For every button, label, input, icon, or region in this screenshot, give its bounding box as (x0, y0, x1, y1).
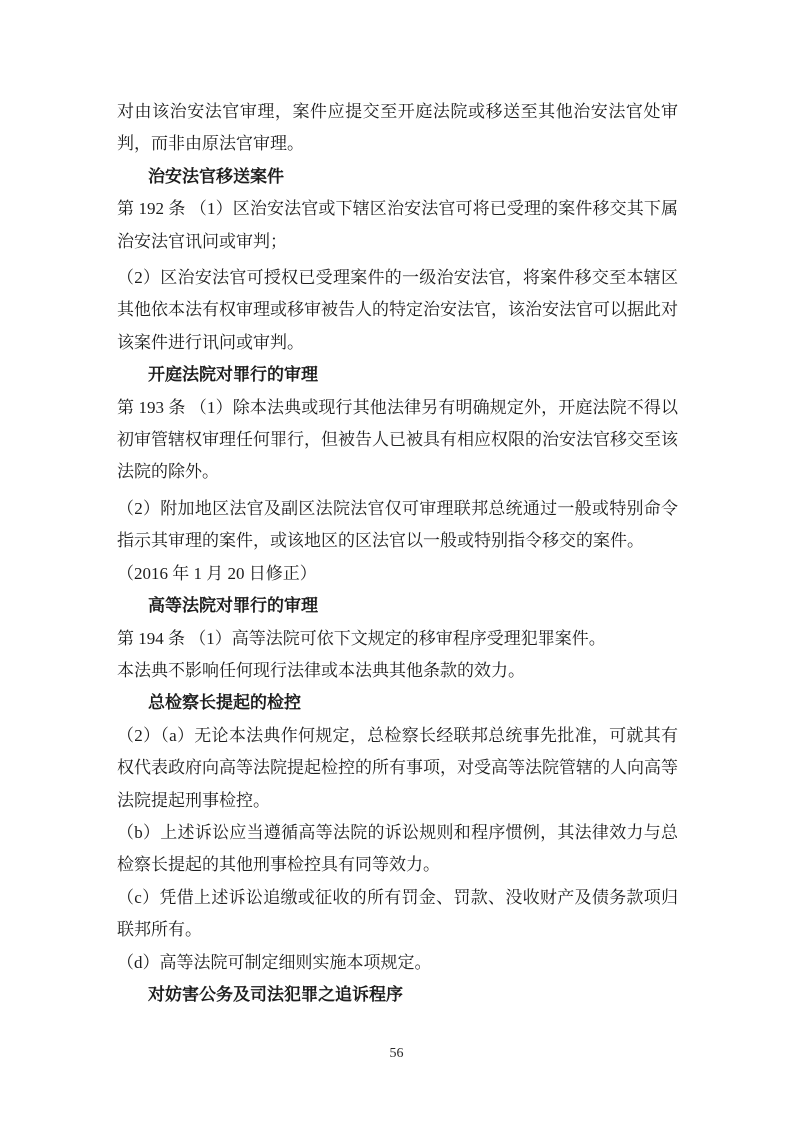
paragraph: （2）附加地区法官及副区法院法官仅可审理联邦总统通过一般或特别命令指示其审理的案… (117, 493, 678, 558)
paragraph: （c）凭借上述诉讼追缴或征收的所有罚金、罚款、没收财产及债务款项归联邦所有。 (117, 882, 678, 947)
paragraph: 第 194 条 （1）高等法院可依下文规定的移审程序受理犯罪案件。 (117, 623, 678, 655)
paragraph: （b）上述诉讼应当遵循高等法院的诉讼规则和程序惯例，其法律效力与总检察长提起的其… (117, 817, 678, 882)
section-heading: 总检察长提起的检控 (117, 687, 678, 719)
section-heading: 高等法院对罪行的审理 (117, 590, 678, 622)
section-heading: 治安法官移送案件 (117, 161, 678, 193)
paragraph: （2）区治安法官可授权已受理案件的一级治安法官，将案件移交至本辖区其他依本法有权… (117, 262, 678, 359)
document-body: 对由该治安法官审理，案件应提交至开庭法院或移送至其他治安法官处审判，而非由原法官… (117, 96, 678, 1011)
document-page: 对由该治安法官审理，案件应提交至开庭法院或移送至其他治安法官处审判，而非由原法官… (0, 0, 793, 1122)
paragraph: （2016 年 1 月 20 日修正） (117, 558, 678, 590)
page-number: 56 (0, 1046, 793, 1062)
paragraph: 本法典不影响任何现行法律或本法典其他条款的效力。 (117, 655, 678, 687)
paragraph: 第 192 条 （1）区治安法官或下辖区治安法官可将已受理的案件移交其下属治安法… (117, 193, 678, 258)
section-heading: 对妨害公务及司法犯罪之追诉程序 (117, 979, 678, 1011)
section-heading: 开庭法院对罪行的审理 (117, 359, 678, 391)
paragraph: 对由该治安法官审理，案件应提交至开庭法院或移送至其他治安法官处审判，而非由原法官… (117, 96, 678, 161)
paragraph: 第 193 条 （1）除本法典或现行其他法律另有明确规定外，开庭法院不得以初审管… (117, 392, 678, 489)
paragraph: （2）（a）无论本法典作何规定，总检察长经联邦总统事先批准，可就其有权代表政府向… (117, 720, 678, 817)
paragraph: （d）高等法院可制定细则实施本项规定。 (117, 947, 678, 979)
